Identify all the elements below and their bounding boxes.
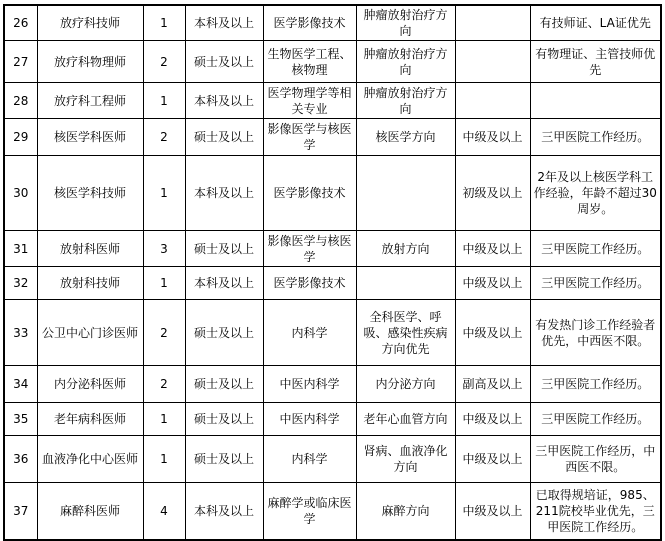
cell-major: 影像医学与核医学 [263,231,356,267]
cell-notes: 三甲医院工作经历。 [530,267,661,300]
cell-notes: 三甲医院工作经历。 [530,403,661,436]
cell-num: 30 [4,156,37,231]
cell-count: 1 [143,267,185,300]
cell-num: 33 [4,300,37,366]
cell-title_level: 中级及以上 [455,267,530,300]
cell-num: 28 [4,83,37,119]
cell-direction: 麻醉方向 [356,483,455,540]
cell-position: 放疗科工程师 [37,83,143,119]
cell-count: 1 [143,436,185,483]
cell-direction: 肿瘤放射治疗方向 [356,5,455,41]
cell-notes: 有技师证、LA证优先 [530,5,661,41]
cell-notes: 已取得规培证，985、211院校毕业优先，三甲医院工作经历。 [530,483,661,540]
cell-major: 医学影像技术 [263,156,356,231]
cell-count: 1 [143,83,185,119]
cell-title_level [455,41,530,83]
cell-title_level: 中级及以上 [455,403,530,436]
cell-count: 1 [143,5,185,41]
cell-position: 公卫中心门诊医师 [37,300,143,366]
table-row: 37麻醉科医师4本科及以上麻醉学或临床医学麻醉方向中级及以上已取得规培证，985… [4,483,661,540]
cell-direction: 全科医学、呼吸、感染性疾病方向优先 [356,300,455,366]
cell-position: 核医学科医师 [37,119,143,156]
cell-num: 37 [4,483,37,540]
cell-position: 老年病科医师 [37,403,143,436]
cell-major: 医学影像技术 [263,267,356,300]
table-row: 27放疗科物理师2硕士及以上生物医学工程、核物理肿瘤放射治疗方向有物理证、主管技… [4,41,661,83]
cell-title_level: 中级及以上 [455,483,530,540]
cell-title_level: 中级及以上 [455,300,530,366]
cell-num: 36 [4,436,37,483]
cell-notes: 三甲医院工作经历。 [530,231,661,267]
cell-count: 2 [143,119,185,156]
recruitment-table-body: 26放疗科技师1本科及以上医学影像技术肿瘤放射治疗方向有技师证、LA证优先27放… [4,5,661,540]
cell-major: 中医内科学 [263,403,356,436]
cell-position: 放射科医师 [37,231,143,267]
cell-education: 本科及以上 [185,5,263,41]
cell-count: 4 [143,483,185,540]
cell-notes: 有物理证、主管技师优先 [530,41,661,83]
table-row: 26放疗科技师1本科及以上医学影像技术肿瘤放射治疗方向有技师证、LA证优先 [4,5,661,41]
cell-direction: 老年心血管方向 [356,403,455,436]
cell-title_level: 中级及以上 [455,119,530,156]
cell-education: 硕士及以上 [185,436,263,483]
table-row: 35老年病科医师1硕士及以上中医内科学老年心血管方向中级及以上三甲医院工作经历。 [4,403,661,436]
cell-direction: 核医学方向 [356,119,455,156]
cell-num: 29 [4,119,37,156]
table-row: 30核医学科技师1本科及以上医学影像技术初级及以上2年及以上核医学科工作经验，年… [4,156,661,231]
cell-major: 内科学 [263,436,356,483]
cell-major: 麻醉学或临床医学 [263,483,356,540]
cell-position: 麻醉科医师 [37,483,143,540]
cell-title_level: 中级及以上 [455,231,530,267]
cell-count: 2 [143,366,185,403]
cell-major: 生物医学工程、核物理 [263,41,356,83]
table-row: 34内分泌科医师2硕士及以上中医内科学内分泌方向副高及以上三甲医院工作经历。 [4,366,661,403]
cell-title_level: 中级及以上 [455,436,530,483]
cell-title_level [455,83,530,119]
cell-direction: 放射方向 [356,231,455,267]
cell-num: 34 [4,366,37,403]
cell-num: 26 [4,5,37,41]
cell-education: 硕士及以上 [185,119,263,156]
cell-title_level [455,5,530,41]
cell-num: 35 [4,403,37,436]
cell-num: 31 [4,231,37,267]
cell-education: 硕士及以上 [185,366,263,403]
cell-num: 32 [4,267,37,300]
cell-count: 3 [143,231,185,267]
cell-major: 医学影像技术 [263,5,356,41]
cell-major: 中医内科学 [263,366,356,403]
cell-notes: 三甲医院工作经历。 [530,119,661,156]
cell-position: 血液净化中心医师 [37,436,143,483]
cell-major: 内科学 [263,300,356,366]
cell-notes: 三甲医院工作经历，中西医不限。 [530,436,661,483]
cell-position: 核医学科技师 [37,156,143,231]
cell-position: 放疗科技师 [37,5,143,41]
cell-count: 1 [143,403,185,436]
table-row: 28放疗科工程师1本科及以上医学物理学等相关专业肿瘤放射治疗方向 [4,83,661,119]
cell-education: 硕士及以上 [185,300,263,366]
cell-count: 2 [143,300,185,366]
cell-count: 1 [143,156,185,231]
table-row: 33公卫中心门诊医师2硕士及以上内科学全科医学、呼吸、感染性疾病方向优先中级及以… [4,300,661,366]
cell-education: 硕士及以上 [185,41,263,83]
table-row: 29核医学科医师2硕士及以上影像医学与核医学核医学方向中级及以上三甲医院工作经历… [4,119,661,156]
cell-direction: 内分泌方向 [356,366,455,403]
cell-title_level: 初级及以上 [455,156,530,231]
cell-education: 本科及以上 [185,156,263,231]
cell-count: 2 [143,41,185,83]
cell-major: 医学物理学等相关专业 [263,83,356,119]
cell-direction: 肿瘤放射治疗方向 [356,83,455,119]
cell-notes: 有发热门诊工作经验者优先，中西医不限。 [530,300,661,366]
cell-direction: 肾病、血液净化方向 [356,436,455,483]
cell-notes: 三甲医院工作经历。 [530,366,661,403]
table-row: 32放射科技师1本科及以上医学影像技术中级及以上三甲医院工作经历。 [4,267,661,300]
cell-num: 27 [4,41,37,83]
cell-education: 本科及以上 [185,483,263,540]
cell-major: 影像医学与核医学 [263,119,356,156]
cell-notes: 2年及以上核医学科工作经验，年龄不超过30周岁。 [530,156,661,231]
cell-direction: 肿瘤放射治疗方向 [356,41,455,83]
cell-position: 放疗科物理师 [37,41,143,83]
cell-direction [356,156,455,231]
cell-title_level: 副高及以上 [455,366,530,403]
cell-education: 本科及以上 [185,267,263,300]
document-page: 26放疗科技师1本科及以上医学影像技术肿瘤放射治疗方向有技师证、LA证优先27放… [0,0,665,537]
table-row: 36血液净化中心医师1硕士及以上内科学肾病、血液净化方向中级及以上三甲医院工作经… [4,436,661,483]
cell-education: 硕士及以上 [185,403,263,436]
cell-education: 本科及以上 [185,83,263,119]
table-row: 31放射科医师3硕士及以上影像医学与核医学放射方向中级及以上三甲医院工作经历。 [4,231,661,267]
recruitment-table: 26放疗科技师1本科及以上医学影像技术肿瘤放射治疗方向有技师证、LA证优先27放… [3,4,662,541]
cell-position: 放射科技师 [37,267,143,300]
cell-position: 内分泌科医师 [37,366,143,403]
cell-notes [530,83,661,119]
cell-education: 硕士及以上 [185,231,263,267]
cell-direction [356,267,455,300]
